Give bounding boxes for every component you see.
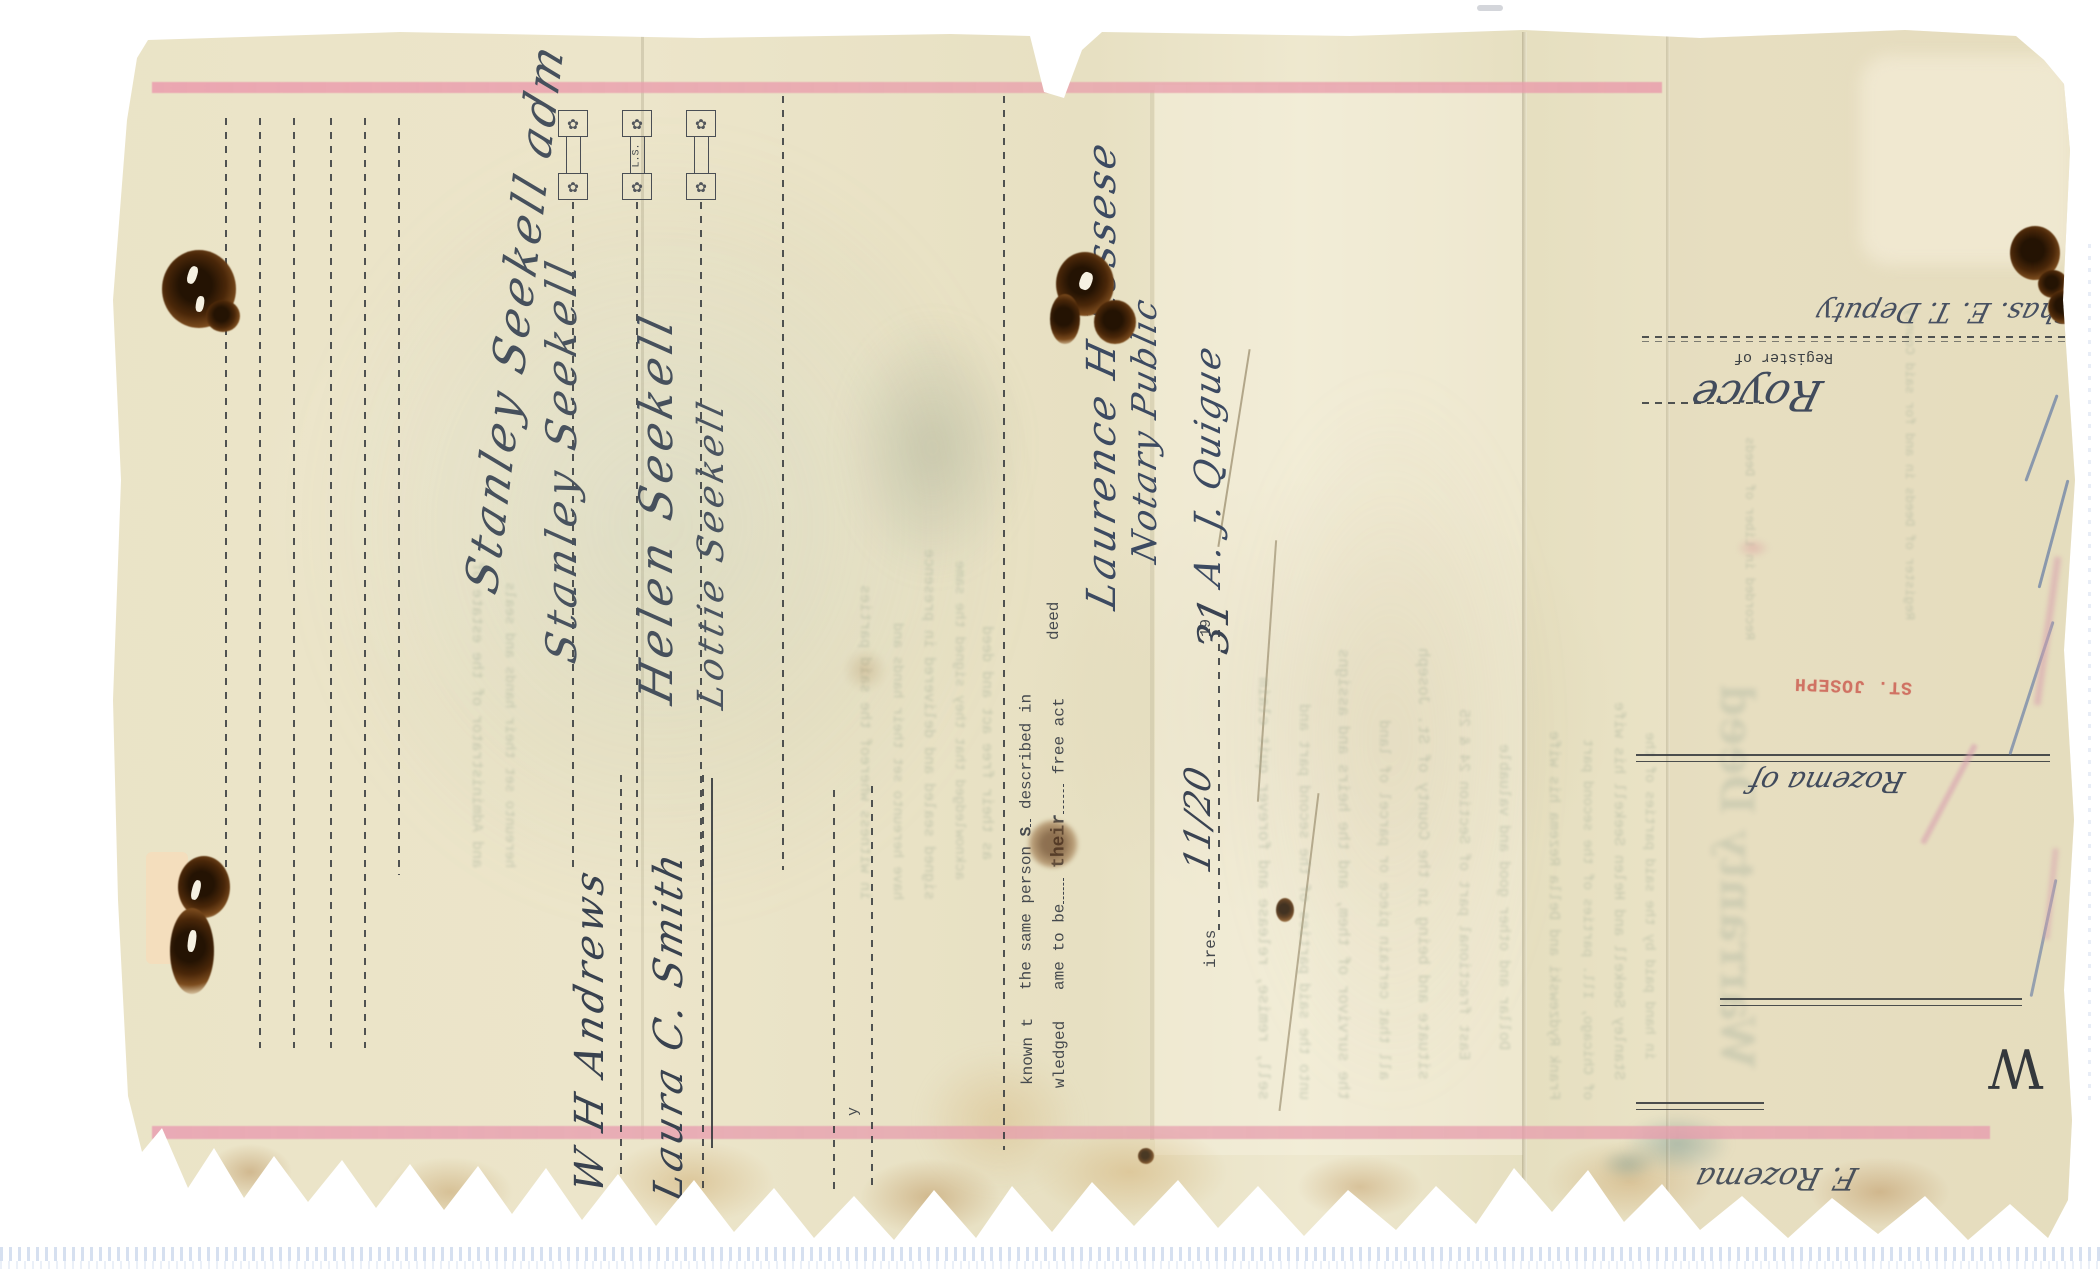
bleedthrough-text: the survivor of them, and the heirs and … xyxy=(1335,649,1351,1100)
signature-helen-seekell: Helen Seekell xyxy=(633,313,679,702)
ruled-line xyxy=(259,118,261,1048)
typed-wledged: wledged xyxy=(1052,1021,1068,1088)
typed-person-part2: described in xyxy=(1018,694,1036,809)
bleedthrough-text: unto the said parties of the second part… xyxy=(1296,704,1311,1100)
fold-crease-3 xyxy=(1522,32,1527,1235)
ruled-line xyxy=(293,118,295,1048)
bleedthrough-text: and Administrator of the estate of xyxy=(469,562,484,868)
bleedthrough-text: situate and being in the County of St. J… xyxy=(1415,648,1431,1080)
seal-ornament-icon: ✿ xyxy=(567,180,579,194)
bleedthrough-text: all that certain piece or parcel of land xyxy=(1376,720,1391,1080)
printed-large-w: W xyxy=(1988,1040,2044,1094)
bleedthrough-text: signed sealed and delivered in presence xyxy=(921,549,936,900)
signature-w-h-andrews: W H Andrews xyxy=(570,869,610,1192)
pink-margin-rule-bottom xyxy=(152,1126,1990,1139)
bleedthrough-text: in hand paid by the said parties of the xyxy=(1642,732,1656,1060)
scanner-dash-right-edge xyxy=(2088,240,2091,1100)
long-line-1 xyxy=(782,96,784,870)
short-line-2 xyxy=(871,786,873,1192)
short-line-1 xyxy=(833,790,835,1192)
typed-free-act: free act xyxy=(1051,698,1069,775)
bleedthrough-text: Dollar and other good and valuable xyxy=(1496,744,1511,1050)
seal-box-3: ✿ ✿ xyxy=(684,110,718,200)
signature-ack-name2: Notary Public xyxy=(1128,298,1162,562)
bleedthrough-text: Register of Deeds in and for said County xyxy=(1903,308,1916,620)
burn-spot xyxy=(1050,294,1080,344)
fold-crease-4 xyxy=(1666,32,1670,1235)
fold-crease-2 xyxy=(1150,90,1154,1140)
handwritten-year-31: 31 xyxy=(1193,599,1235,652)
seal-box-2: ✿ L.S. ✿ xyxy=(620,110,654,200)
bleedthrough-text: in witness whereof the said parties xyxy=(857,585,872,900)
typed-ame-to-be: ame to be xyxy=(1051,904,1069,990)
bleedthrough-text: sell, remise, release and forever quit c… xyxy=(1255,678,1271,1100)
bleedthrough-text: have hereunto set their hands and xyxy=(890,623,904,900)
handwritten-deputy-note: Chas. E. T. Deputy xyxy=(1822,298,2078,326)
typed-known-t: known t xyxy=(1020,1018,1036,1085)
signature-stanley-seekell: Stanley Seekell xyxy=(541,258,583,662)
document-paper: and Administrator of the estate of hereu… xyxy=(0,0,2100,1275)
docket-rule-bottom xyxy=(1636,1102,1764,1110)
stamp-st-joseph: ST. JOSEPH xyxy=(1794,674,1913,696)
signature-ack-name1: Laurence H Kessese xyxy=(1082,141,1122,608)
docket-line-top xyxy=(1642,336,2072,338)
ls-label: L.S. xyxy=(632,143,643,167)
seal-ornament-icon: ✿ xyxy=(695,180,707,194)
bleedthrough-text: East fractional part of Section 24 & 25 xyxy=(1456,709,1471,1060)
typed-stray-y: y xyxy=(846,1107,861,1116)
handwritten-f-rozema: F. Rozema xyxy=(1696,1162,1857,1194)
seal-ornament-icon: ✿ xyxy=(567,117,579,131)
ruled-line xyxy=(364,118,366,1048)
bleedthrough-text: acknowledged that they signed the same xyxy=(952,561,966,880)
burn-spot xyxy=(1094,300,1136,344)
scanned-document-page: and Administrator of the estate of hereu… xyxy=(0,0,2100,1275)
scanner-dot-pattern-bottom2 xyxy=(0,1261,2100,1269)
witness-line-1 xyxy=(620,775,622,1192)
tea-stain xyxy=(842,648,888,692)
signature-laura-c-smith: Laura C. Smith xyxy=(649,852,689,1200)
burn-spot xyxy=(2048,290,2080,324)
seal-ornament-icon: ✿ xyxy=(631,117,643,131)
stain-gray-green xyxy=(845,320,1020,575)
seal-ornament-icon: ✿ xyxy=(631,180,643,194)
burn-dot xyxy=(1276,898,1294,922)
pink-smudge xyxy=(1736,538,1770,558)
typed-ires: ires xyxy=(1203,930,1219,968)
stain-blue-green-smear2 xyxy=(1600,1148,1655,1180)
bleedthrough-text: Frank Rydzewski and Della Rezema his wif… xyxy=(1546,731,1561,1100)
handwritten-rozema-of: Rozema of xyxy=(1750,766,1904,796)
stain-over-text xyxy=(1028,820,1078,868)
bleedthrough-text: hereunto set their hands and seals xyxy=(502,582,516,868)
pink-margin-rule-top xyxy=(152,82,1662,93)
handwritten-date-1120: 11/20 xyxy=(1180,768,1217,872)
bleedthrough-heading: Warranty Deed xyxy=(1714,684,1760,1068)
signature-lottie-seekell: Lottie Seekell xyxy=(693,400,730,708)
bleedthrough-text: as their free act and deed xyxy=(979,626,994,860)
docket-line-top2 xyxy=(1642,341,2072,342)
typed-person-part1: the same person xyxy=(1018,846,1036,990)
seal-ornament-icon: ✿ xyxy=(695,117,707,131)
witness-line-2 xyxy=(702,775,704,1192)
signature-ack-name3: A. J. Quigue xyxy=(1190,346,1227,585)
bleedthrough-text: of Chicago, Ill. parties of the second p… xyxy=(1580,739,1594,1100)
scanner-artifact xyxy=(1477,5,1503,11)
signature-royce: Royce xyxy=(1692,374,1821,416)
typed-deed: deed xyxy=(1046,602,1062,640)
witness-line-solid xyxy=(711,778,713,1148)
typed-register-of: Register of xyxy=(1734,350,1833,365)
docket-rule-lower xyxy=(1720,998,2022,1006)
scanner-dot-pattern-bottom xyxy=(0,1247,2100,1261)
docket-rule-middle xyxy=(1636,754,2050,762)
ruled-line xyxy=(330,118,332,1048)
ruled-line xyxy=(398,118,400,875)
bleedthrough-text: Stanley Seekell and Helen Seekell his wi… xyxy=(1611,702,1626,1080)
burn-dot xyxy=(1138,1148,1154,1164)
burn-spot xyxy=(206,300,240,332)
ruled-line xyxy=(225,118,227,875)
long-line-2 xyxy=(1003,96,1005,1150)
